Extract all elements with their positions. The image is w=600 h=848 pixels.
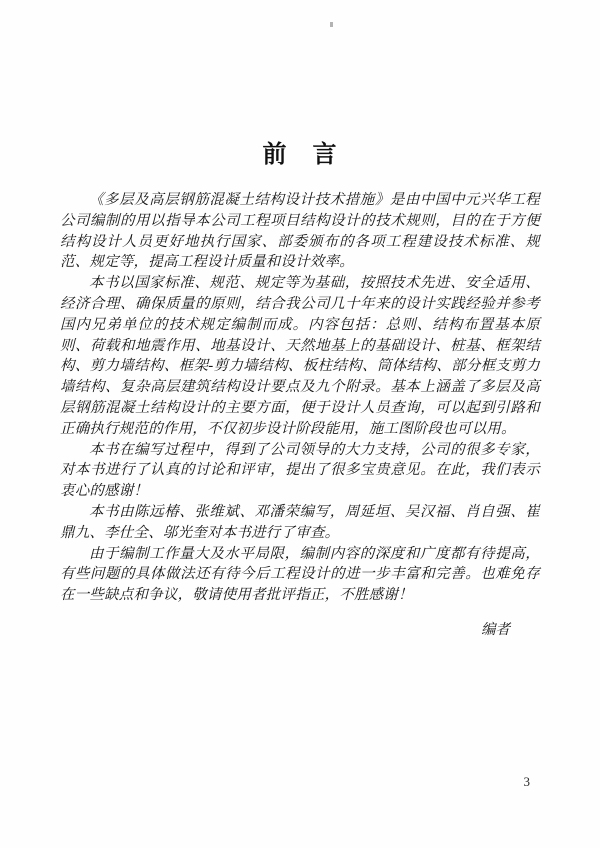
preface-body: 《多层及高层钢筋混凝土结构设计技术措施》是由中国中元兴华工程公司编制的用以指导本…	[60, 190, 540, 606]
paragraph: 本书在编写过程中，得到了公司领导的大力支持，公司的很多专家，对本书进行了认真的讨…	[60, 440, 540, 502]
paragraph: 本书由陈远椿、张维斌、邓潘荣编写，周延垣、吴汉福、肖自强、崔鼎九、李仕全、邬光奎…	[60, 502, 540, 544]
paragraph: 由于编制工作量大及水平局限，编制内容的深度和广度都有待提高，有些问题的具体做法还…	[60, 544, 540, 606]
page-number: 3	[524, 774, 531, 790]
book-page: 前 言 《多层及高层钢筋混凝土结构设计技术措施》是由中国中元兴华工程公司编制的用…	[0, 0, 600, 848]
author-signature: 编者	[60, 618, 540, 639]
paragraph: 《多层及高层钢筋混凝土结构设计技术措施》是由中国中元兴华工程公司编制的用以指导本…	[60, 190, 540, 273]
paragraph: 本书以国家标准、规范、规定等为基础，按照技术先进、安全适用、经济合理、确保质量的…	[60, 273, 540, 439]
page-title: 前 言	[60, 134, 540, 169]
page-content: 前 言 《多层及高层钢筋混凝土结构设计技术措施》是由中国中元兴华工程公司编制的用…	[60, 0, 540, 639]
